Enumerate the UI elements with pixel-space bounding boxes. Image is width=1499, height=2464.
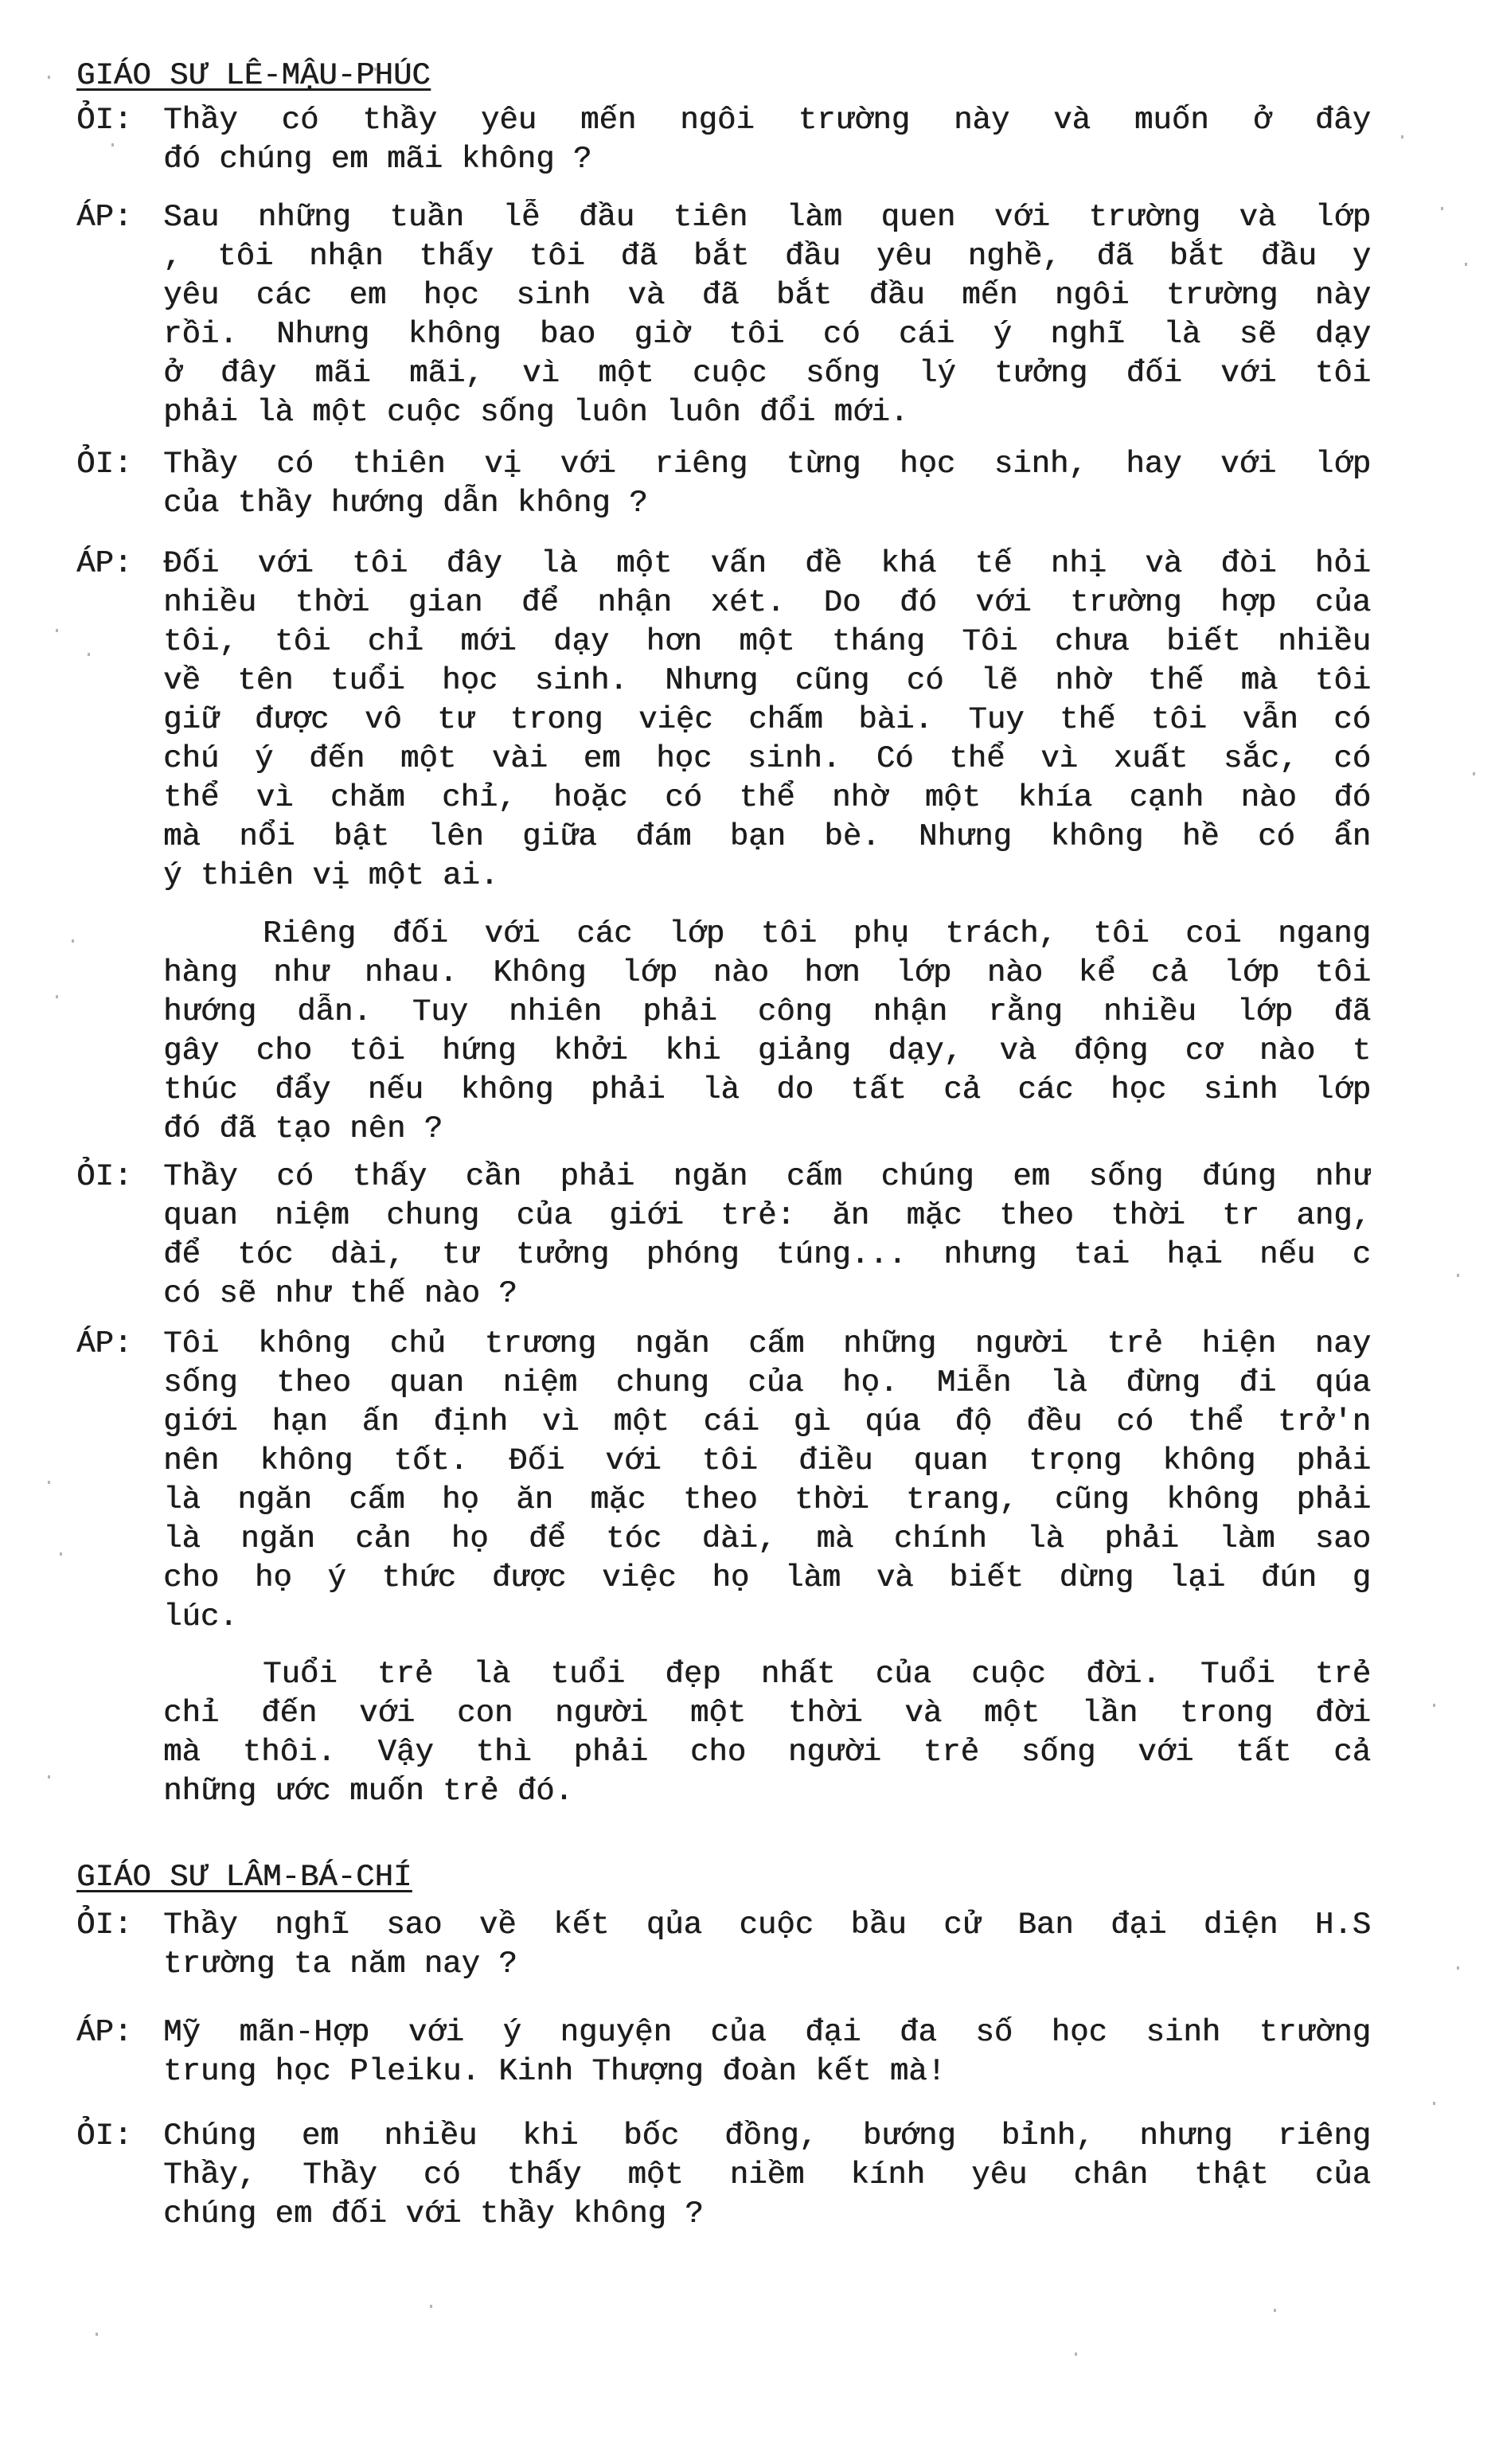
text-line: thúc đẩy nếu không phải là do tất cả các…	[163, 1072, 1371, 1108]
text-line: về tên tuổi học sinh. Nhưng cũng có lẽ n…	[163, 662, 1371, 699]
text-line: Thầy có thầy yêu mến ngôi trường này và …	[163, 102, 1371, 139]
text-line: ý thiên vị một ai.	[163, 857, 498, 894]
text-line: Thầy có thiên vị với riêng từng học sinh…	[163, 446, 1371, 482]
text-line: Tuổi trẻ là tuổi đẹp nhất của cuộc đời. …	[263, 1656, 1371, 1693]
text-line: nên không tốt. Đối với tôi điều quan trọ…	[163, 1443, 1371, 1479]
paper-speck	[96, 2333, 98, 2336]
text-line: sống theo quan niệm chung của họ. Miễn l…	[163, 1365, 1371, 1401]
text-line: quan niệm chung của giới trẻ: ăn mặc the…	[163, 1197, 1371, 1234]
text-line: rồi. Nhưng không bao giờ tôi có cái ý ng…	[163, 316, 1371, 353]
text-line: Sau những tuần lễ đầu tiên làm quen với …	[163, 199, 1371, 236]
answer-label: ÁP:	[76, 545, 132, 582]
question-label: ỎI:	[76, 446, 132, 482]
text-line: là ngăn cấm họ ăn mặc theo thời trang, c…	[163, 1482, 1371, 1518]
text-line: chúng em đối với thầy không ?	[163, 2196, 704, 2232]
answer-label: ÁP:	[76, 1326, 132, 1362]
question-label: ỎI:	[76, 2118, 132, 2154]
paper-speck	[56, 629, 58, 632]
text-line: cho họ ý thức được việc họ làm và biết d…	[163, 1560, 1371, 1596]
text-line: thể vì chăm chỉ, hoặc có thể nhờ một khí…	[163, 779, 1371, 816]
typewritten-page: GIÁO SƯ LÊ-MẬU-PHÚCỎI:Thầy có thầy yêu m…	[0, 0, 1499, 2464]
text-line: hàng như nhau. Không lớp nào hơn lớp nào…	[163, 955, 1371, 991]
text-line: Thầy nghĩ sao về kết qủa cuộc bầu cử Ban…	[163, 1907, 1371, 1943]
paper-speck	[111, 143, 114, 146]
text-line: gây cho tôi hứng khởi khi giảng dạy, và …	[163, 1033, 1371, 1069]
paper-speck	[1473, 772, 1475, 775]
paper-speck	[1433, 2102, 1435, 2105]
text-line: Chúng em nhiều khi bốc đồng, bướng bỉnh,…	[163, 2118, 1371, 2154]
paper-speck	[1457, 1966, 1459, 1970]
paper-speck	[1075, 2353, 1077, 2356]
text-line: phải là một cuộc sống luôn luôn đổi mới.	[163, 394, 908, 431]
text-line: Tôi không chủ trương ngăn cấm những ngườ…	[163, 1326, 1371, 1362]
text-line: có sẽ như thế nào ?	[163, 1275, 517, 1312]
paper-speck	[1401, 135, 1403, 139]
text-line: trường ta năm nay ?	[163, 1946, 517, 1982]
paper-speck	[48, 1481, 50, 1484]
text-line: mà nổi bật lên giữa đám bạn bè. Nhưng kh…	[163, 818, 1371, 855]
text-line: để tóc dài, tư tưởng phóng túng... nhưng…	[163, 1236, 1371, 1273]
paper-speck	[1274, 2309, 1276, 2312]
text-line: trung học Pleiku. Kinh Thượng đoàn kết m…	[163, 2053, 946, 2090]
paper-speck	[1433, 1704, 1435, 1707]
question-label: ỎI:	[76, 1907, 132, 1943]
text-line: chỉ đến với con người một thời và một lầ…	[163, 1695, 1371, 1732]
paper-speck	[1457, 1274, 1459, 1277]
paper-speck	[48, 1775, 50, 1779]
question-label: ỎI:	[76, 1158, 132, 1195]
text-line: giữ được vô tư trong việc chấm bài. Tuy …	[163, 701, 1371, 738]
text-line: chú ý đến một vài em học sinh. Có thể vì…	[163, 740, 1371, 777]
paper-speck	[1465, 263, 1467, 266]
text-line: Thầy, Thầy có thấy một niềm kính yêu châ…	[163, 2157, 1371, 2193]
text-line: Riêng đối với các lớp tôi phụ trách, tôi…	[263, 916, 1371, 952]
text-line: của thầy hướng dẫn không ?	[163, 485, 648, 521]
section-heading: GIÁO SƯ LÂM-BÁ-CHÍ	[76, 1859, 412, 1896]
text-line: đó chúng em mãi không ?	[163, 141, 591, 178]
paper-speck	[430, 2305, 432, 2308]
paper-speck	[48, 76, 50, 79]
text-line: những ước muốn trẻ đó.	[163, 1773, 573, 1810]
text-line: Đối với tôi đây là một vấn đề khá tế nhị…	[163, 545, 1371, 582]
text-line: Thầy có thấy cần phải ngăn cấm chúng em …	[163, 1158, 1371, 1195]
text-line: tôi, tôi chỉ mới dạy hơn một tháng Tôi c…	[163, 623, 1371, 660]
text-line: , tôi nhận thấy tôi đã bắt đầu yêu nghề,…	[163, 238, 1371, 275]
text-line: giới hạn ấn định vì một cái gì qúa độ đề…	[163, 1404, 1371, 1440]
text-line: Mỹ mãn-Hợp với ý nguyện của đại đa số họ…	[163, 2014, 1371, 2051]
paper-speck	[374, 68, 377, 71]
paper-speck	[60, 1552, 62, 1556]
paper-speck	[56, 995, 58, 998]
text-line: lúc.	[163, 1599, 238, 1635]
paper-speck	[88, 653, 90, 656]
text-line: hướng dẫn. Tuy nhiên phải công nhận rằng…	[163, 994, 1371, 1030]
answer-label: ÁP:	[76, 2014, 132, 2051]
text-line: yêu các em học sinh và đã bắt đầu mến ng…	[163, 277, 1371, 314]
text-line: nhiều thời gian để nhận xét. Do đó với t…	[163, 584, 1371, 621]
paper-speck	[1441, 207, 1443, 210]
paper-speck	[72, 939, 74, 943]
answer-label: ÁP:	[76, 199, 132, 236]
section-heading: GIÁO SƯ LÊ-MẬU-PHÚC	[76, 57, 431, 94]
question-label: ỎI:	[76, 102, 132, 139]
text-line: đó đã tạo nên ?	[163, 1111, 443, 1147]
text-line: là ngăn cản họ để tóc dài, mà chính là p…	[163, 1521, 1371, 1557]
text-line: ở đây mãi mãi, vì một cuộc sống lý tưởng…	[163, 355, 1371, 392]
text-line: mà thôi. Vậy thì phải cho người trẻ sống…	[163, 1734, 1371, 1771]
